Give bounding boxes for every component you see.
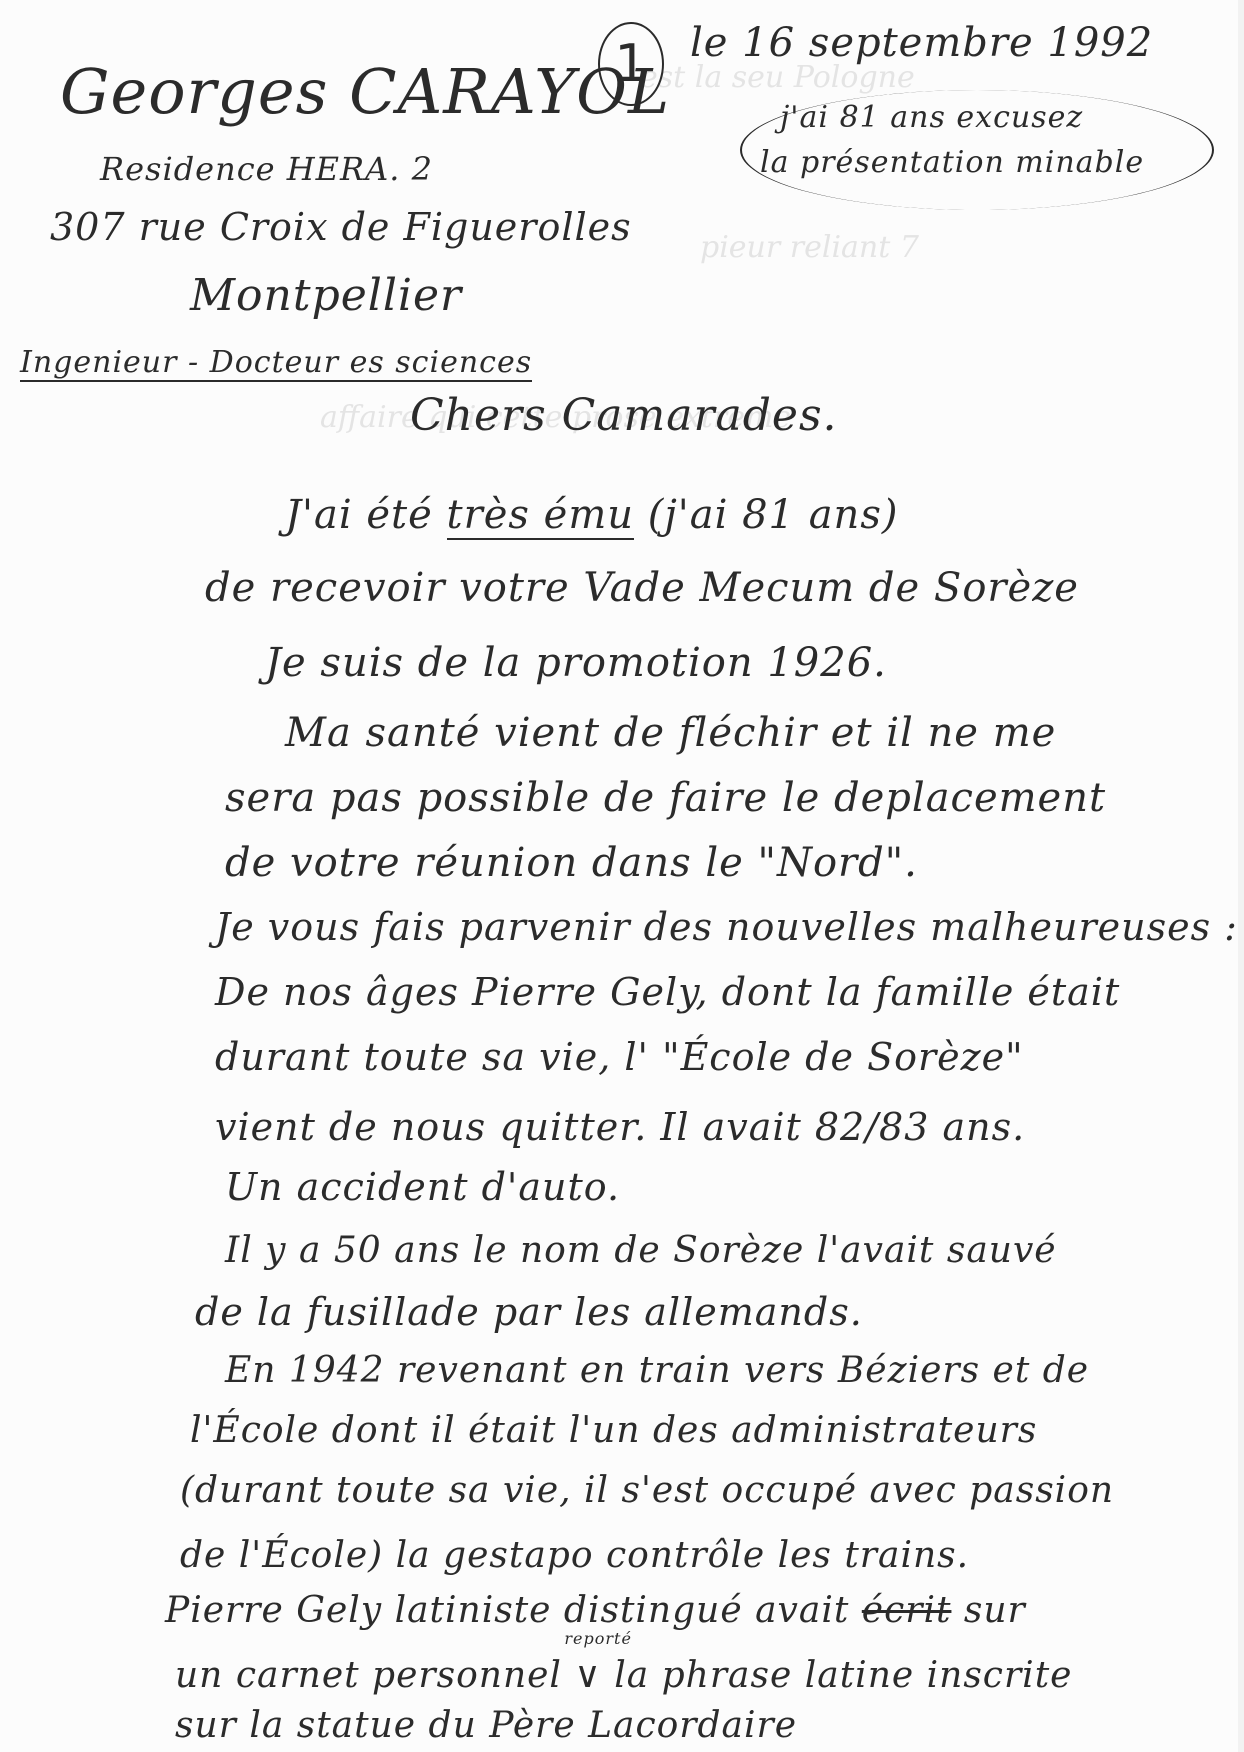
body-line: Il y a 50 ans le nom de Sorèze l'avait s…	[225, 1230, 1057, 1271]
sender-residence: Residence HERA. 2	[100, 150, 433, 188]
paper-edge	[1238, 0, 1244, 1752]
body-line: un carnet personnel reporté∨ la phrase l…	[175, 1655, 1072, 1696]
emphasized-text: très ému	[447, 492, 634, 540]
insertion-mark: reporté∨	[574, 1655, 601, 1696]
body-line: Ma santé vient de fléchir et il ne me	[285, 710, 1056, 756]
body-line: De nos âges Pierre Gely, dont la famille…	[215, 970, 1120, 1014]
body-line: l'École dont il était l'un des administr…	[190, 1410, 1037, 1451]
body-line: de la fusillade par les allemands.	[195, 1290, 863, 1334]
body-text: (j'ai 81 ans)	[634, 492, 898, 538]
body-line: (durant toute sa vie, il s'est occupé av…	[180, 1470, 1114, 1511]
body-text: Pierre Gely latiniste distingué avait	[165, 1590, 862, 1631]
body-line: Pierre Gely latiniste distingué avait éc…	[165, 1590, 1026, 1631]
body-line: Je vous fais parvenir des nouvelles malh…	[215, 905, 1238, 949]
letter-page: est la seu Pologne pieur reliant 7 affai…	[0, 0, 1244, 1752]
body-line: sera pas possible de faire le deplacemen…	[225, 775, 1106, 821]
body-text: sur	[951, 1590, 1025, 1631]
sender-name: Georges CARAYOL	[60, 55, 670, 128]
sender-city: Montpellier	[190, 270, 462, 321]
sender-street: 307 rue Croix de Figuerolles	[50, 205, 632, 249]
body-line: Un accident d'auto.	[225, 1165, 620, 1209]
body-text: la phrase latine inscrite	[602, 1655, 1073, 1696]
body-line: sur la statue du Père Lacordaire	[175, 1705, 797, 1746]
inserted-word: reporté	[564, 1629, 632, 1648]
body-text: un carnet personnel	[175, 1655, 574, 1696]
salutation: Chers Camarades.	[410, 390, 838, 441]
struck-word: écrit	[862, 1590, 952, 1631]
body-line: durant toute sa vie, l' "École de Sorèze…	[215, 1035, 1024, 1079]
body-line: En 1942 revenant en train vers Béziers e…	[225, 1350, 1089, 1391]
body-line: vient de nous quitter. Il avait 82/83 an…	[215, 1105, 1025, 1149]
page-number-circle: 1	[598, 22, 664, 106]
body-line: de l'École) la gestapo contrôle les trai…	[180, 1535, 969, 1576]
sender-title: Ingenieur - Docteur es sciences	[20, 345, 532, 382]
body-line: de votre réunion dans le "Nord".	[225, 840, 918, 886]
body-line: de recevoir votre Vade Mecum de Sorèze	[205, 565, 1079, 611]
body-line: Je suis de la promotion 1926.	[265, 640, 887, 686]
side-note-line-1: j'ai 81 ans excusez	[780, 100, 1083, 135]
body-text: J'ai été	[285, 492, 447, 538]
letter-date: le 16 septembre 1992	[690, 20, 1153, 66]
bleed-through-text: pieur reliant 7	[700, 230, 919, 265]
side-note-line-2: la présentation minable	[760, 145, 1144, 180]
body-line: J'ai été très ému (j'ai 81 ans)	[285, 492, 898, 538]
